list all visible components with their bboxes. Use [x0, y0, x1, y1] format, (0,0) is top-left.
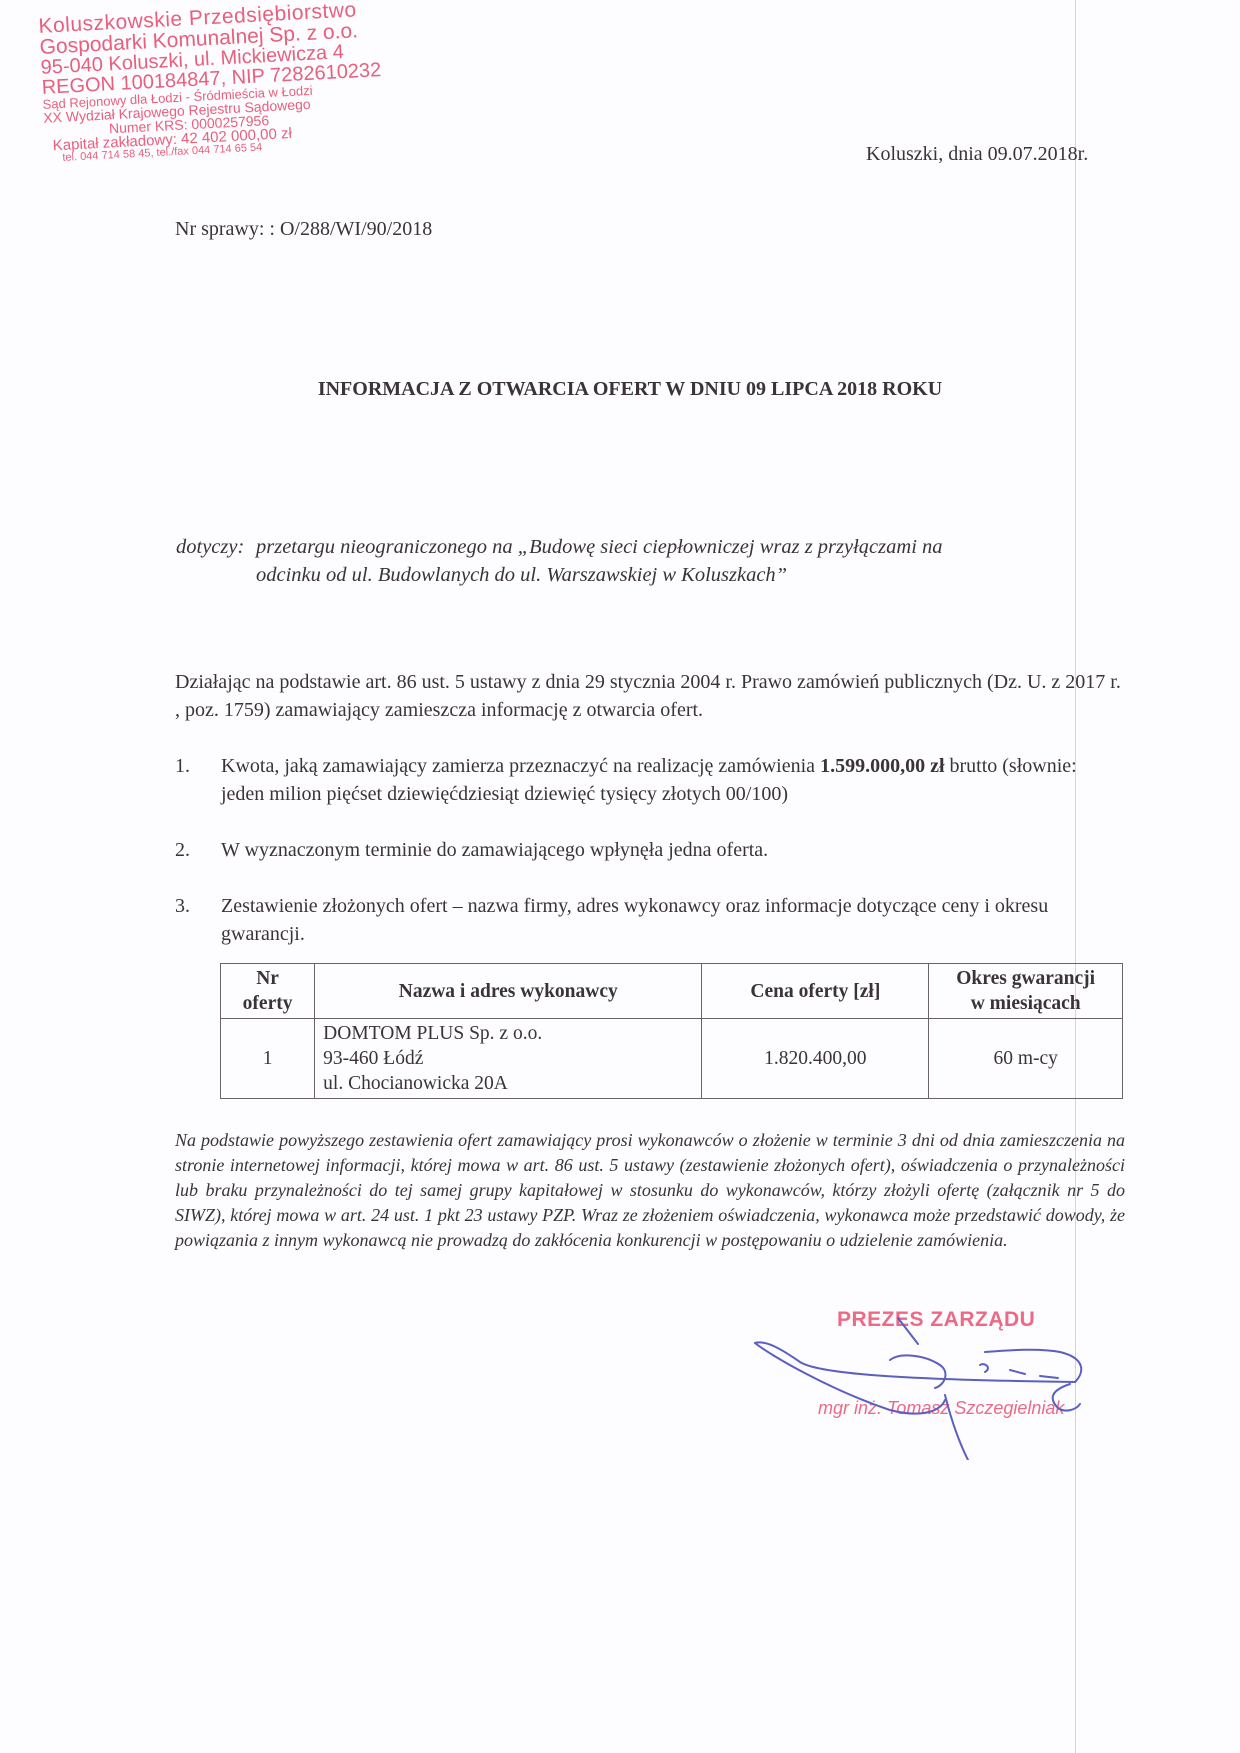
subject-line-1: przetargu nieograniczonego na „Budowę si… [256, 536, 943, 558]
cell-price: 1.820.400,00 [702, 1019, 929, 1099]
list-item: 1. Kwota, jaką zamawiający zamierza prze… [175, 752, 1125, 808]
subject-label: dotyczy: [176, 533, 256, 561]
header-text: oferty [229, 991, 306, 1016]
budget-amount: 1.599.000,00 zł [820, 755, 944, 777]
list-number: 1. [175, 752, 221, 808]
case-number: Nr sprawy: : O/288/WI/90/2018 [175, 218, 432, 241]
contractor-city: 93-460 Łódź [323, 1046, 693, 1071]
closing-note: Na podstawie powyższego zestawienia ofer… [175, 1128, 1125, 1253]
document-title: INFORMACJA Z OTWARCIA OFERT W DNIU 09 LI… [0, 378, 1240, 401]
company-stamp: Koluszkowskie Przedsiębiorstwo Gospodark… [38, 0, 390, 165]
list-number: 2. [175, 836, 221, 864]
header-warranty: Okres gwarancji w miesiącach [929, 964, 1123, 1019]
intro-paragraph: Działając na podstawie art. 86 ust. 5 us… [175, 668, 1125, 724]
list-number: 3. [175, 892, 221, 948]
place-date: Koluszki, dnia 09.07.2018r. [866, 143, 1088, 166]
list-text: Kwota, jaką zamawiający zamierza przezna… [221, 752, 1125, 808]
offers-table: Nr oferty Nazwa i adres wykonawcy Cena o… [220, 963, 1123, 1099]
list-text: Zestawienie złożonych ofert – nazwa firm… [221, 892, 1125, 948]
table-row: 1 DOMTOM PLUS Sp. z o.o. 93-460 Łódź ul.… [221, 1019, 1123, 1099]
list-text: W wyznaczonym terminie do zamawiającego … [221, 836, 1125, 864]
list-item: 2. W wyznaczonym terminie do zamawiające… [175, 836, 1125, 864]
info-list: 1. Kwota, jaką zamawiający zamierza prze… [175, 752, 1125, 976]
cell-offer-number: 1 [221, 1019, 315, 1099]
contractor-street: ul. Chocianowicka 20A [323, 1071, 693, 1096]
subject-line-2: odcinku od ul. Budowlanych do ul. Warsza… [176, 561, 1126, 589]
header-price: Cena oferty [zł] [702, 964, 929, 1019]
table-header-row: Nr oferty Nazwa i adres wykonawcy Cena o… [221, 964, 1123, 1019]
header-text: w miesiącach [937, 991, 1114, 1016]
list-item: 3. Zestawienie złożonych ofert – nazwa f… [175, 892, 1125, 948]
list-text-part: Kwota, jaką zamawiający zamierza przezna… [221, 755, 820, 777]
header-contractor: Nazwa i adres wykonawcy [315, 964, 702, 1019]
handwritten-signature-icon [740, 1300, 1140, 1460]
header-text: Okres gwarancji [937, 966, 1114, 991]
header-offer-number: Nr oferty [221, 964, 315, 1019]
cell-warranty: 60 m-cy [929, 1019, 1123, 1099]
contractor-name: DOMTOM PLUS Sp. z o.o. [323, 1021, 693, 1046]
subject-block: dotyczy:przetargu nieograniczonego na „B… [176, 533, 1126, 589]
header-text: Nr [229, 966, 306, 991]
signature-block: PREZES ZARZĄDU mgr inż. Tomasz Szczegiel… [740, 1300, 1140, 1460]
cell-contractor: DOMTOM PLUS Sp. z o.o. 93-460 Łódź ul. C… [315, 1019, 702, 1099]
